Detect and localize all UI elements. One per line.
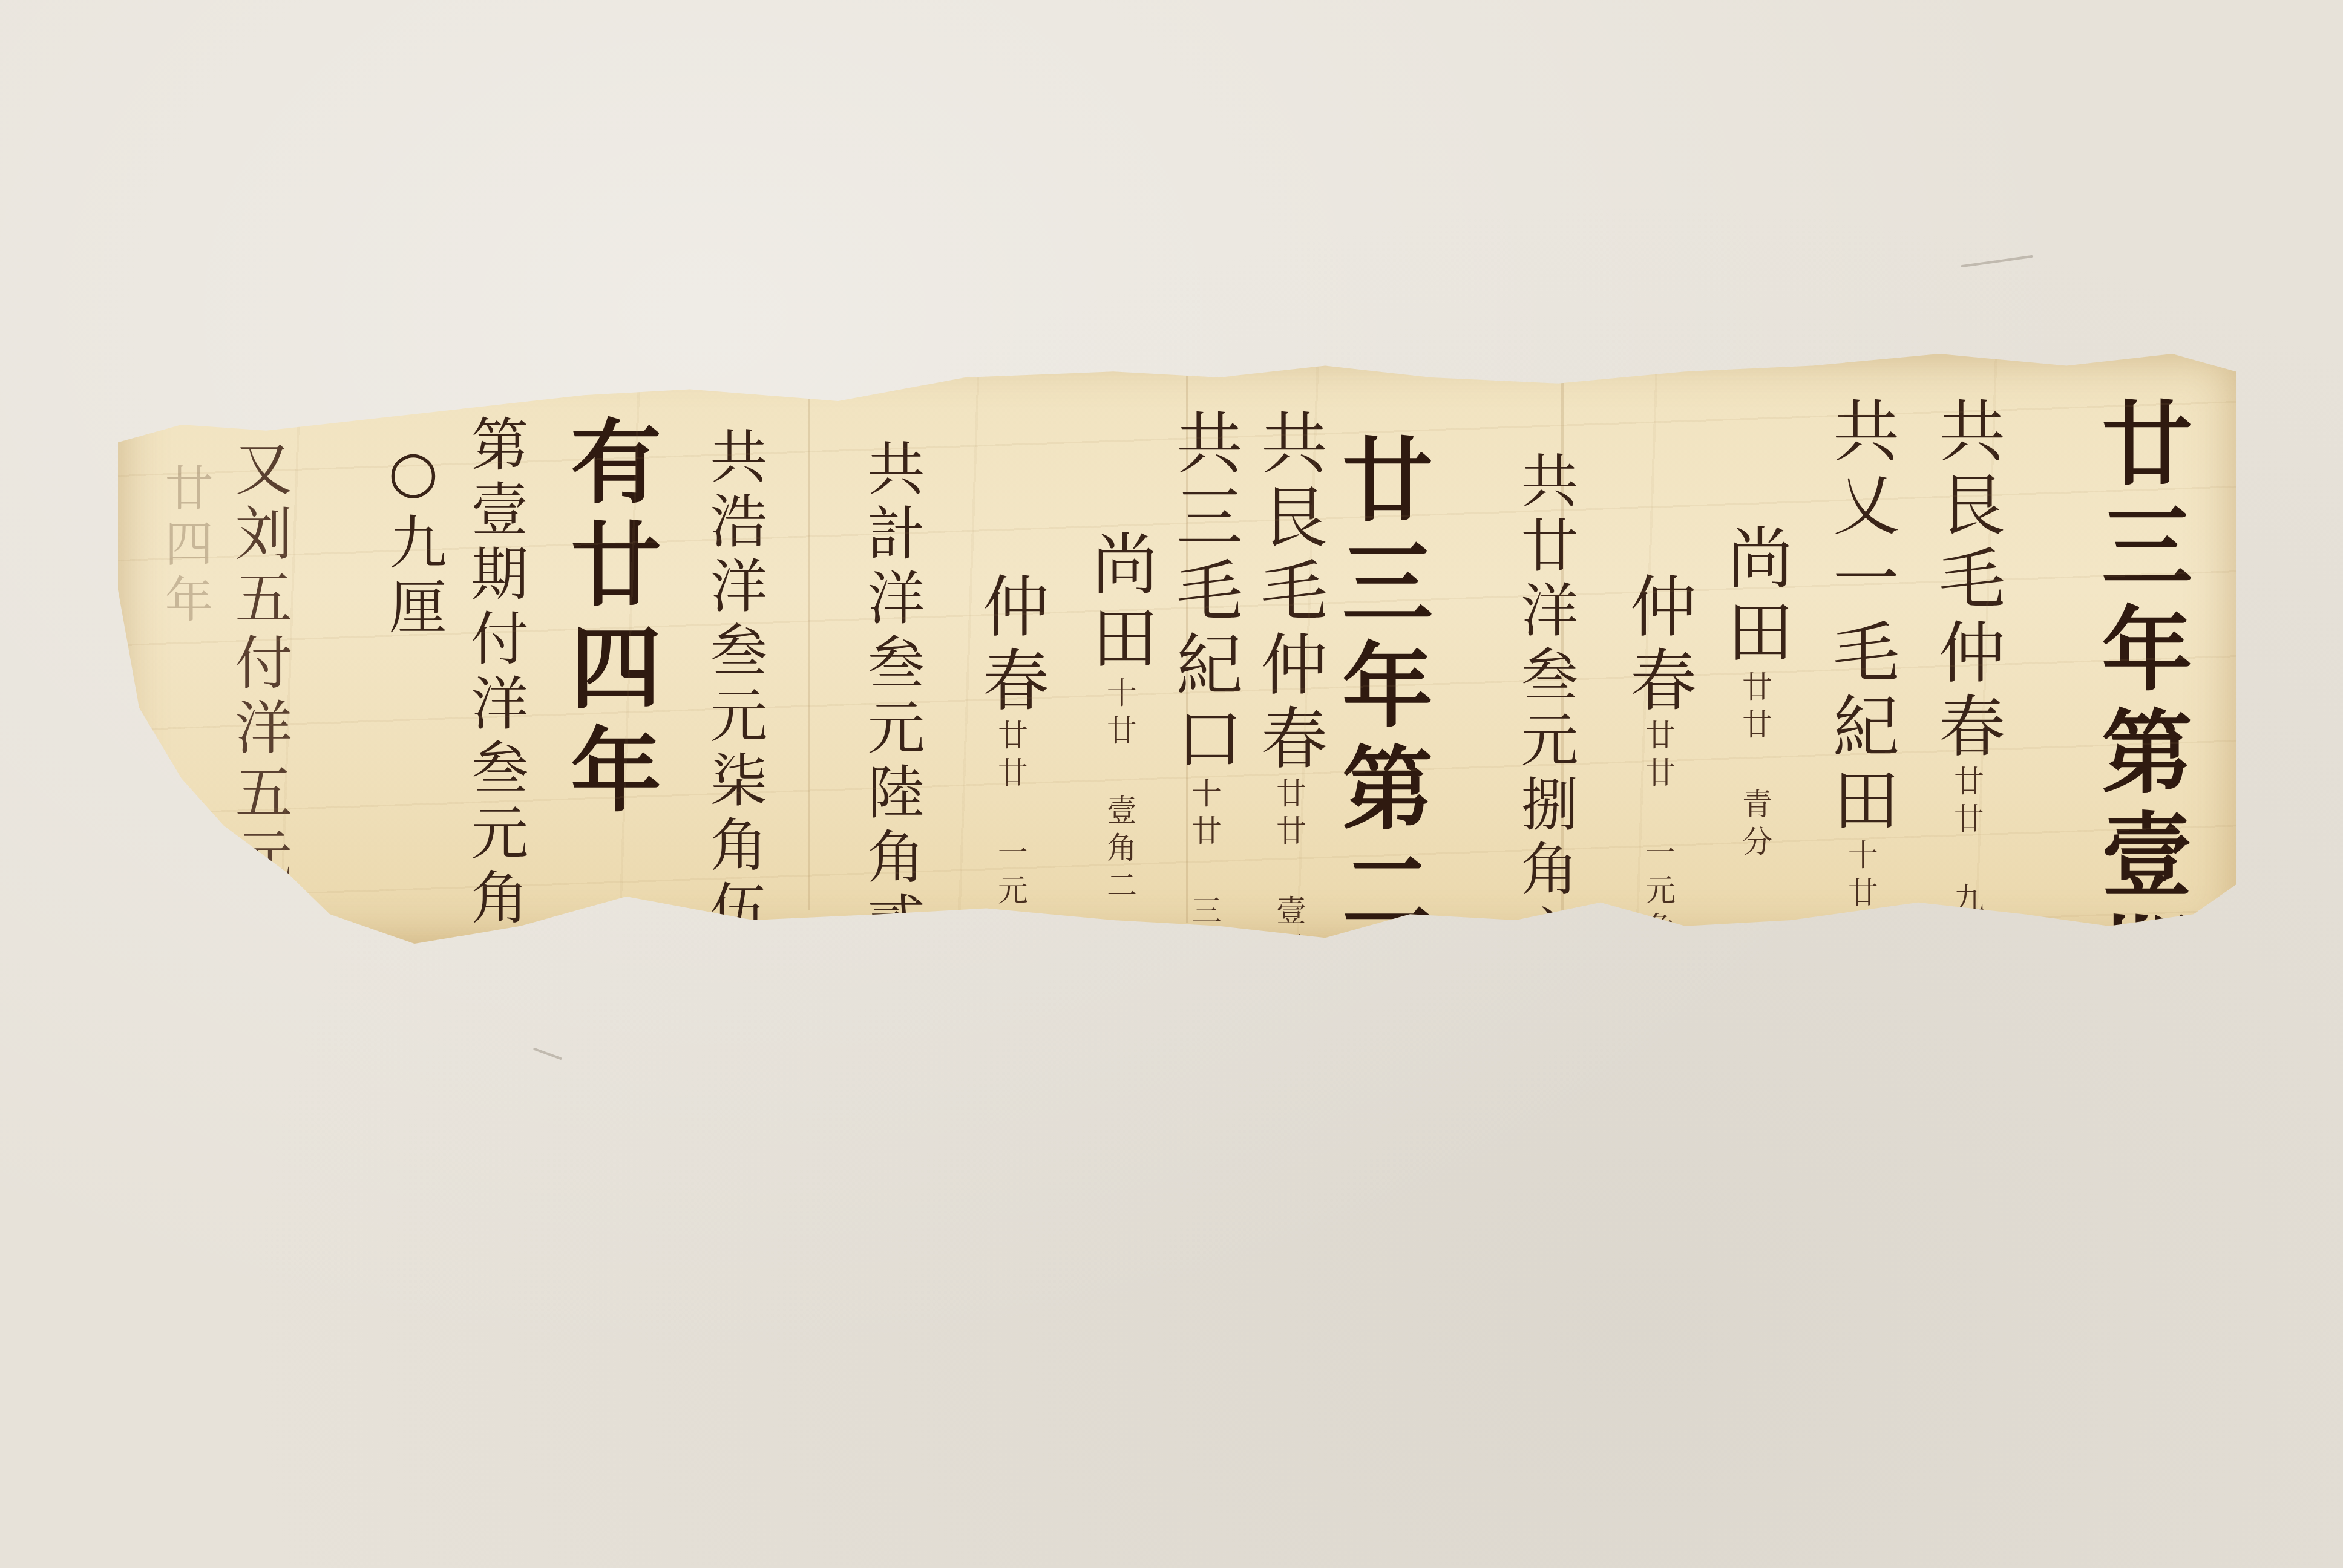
- column-entry: 共艮毛仲春廿廿 九分: [1933, 396, 2000, 958]
- column-payment: 又刘五付洋五元千: [230, 439, 287, 956]
- backing-fiber-mark: [533, 1048, 562, 1060]
- entry-amount-note: 廿廿 九分: [1949, 765, 1984, 958]
- column-payment: 第壹期付洋叁元角: [466, 414, 523, 932]
- entry-amount-note: 十廿 青元: [1843, 839, 1878, 1031]
- column-faint-bleedthrough: 廿四年: [160, 463, 209, 630]
- entry-text: 共艮毛仲春: [1250, 408, 1328, 777]
- column-total: 共浩洋叁元柒角伍: [705, 426, 762, 944]
- column-entry: 尚田十廿 壹角二: [1086, 529, 1153, 907]
- column-entry: 仲春廿廿 一元陸角九: [977, 572, 1044, 1024]
- column-entry: 共乂一毛紀田十廿 青元: [1827, 396, 1894, 1031]
- fold-crease: [808, 378, 810, 910]
- column-total: 共計洋叁元陸角貳: [862, 439, 920, 956]
- column-entry: 仲春廿廿 一元角: [1625, 572, 1691, 949]
- column-entry: 共艮毛仲春廿廿 壹元壹角: [1256, 408, 1322, 1045]
- entry-text: 尚田: [1081, 529, 1158, 677]
- entry-amount-note: 廿廿 一元角: [1640, 719, 1676, 949]
- column-heading-year24: 有廿四年: [563, 414, 654, 826]
- entry-text: 尚田: [1716, 523, 1794, 671]
- entry-amount-note: 十廿 壹角二: [1102, 677, 1137, 907]
- backing-fiber-mark: [1961, 255, 2033, 268]
- entry-text: 仲春: [1619, 572, 1697, 719]
- manuscript-paper: 廿三年第壹期 共艮毛仲春廿廿 九分 共乂一毛紀田十廿 青元 尚田廿廿 青分 仲春…: [118, 354, 2236, 944]
- entry-text: 共乂一毛紀田: [1822, 396, 1899, 839]
- fold-crease: [1186, 366, 1188, 923]
- entry-amount-note: 廿廿 青分: [1737, 671, 1772, 863]
- entry-amount-note: 十廿 三: [1187, 777, 1222, 932]
- column-heading-year23-period1: 廿三年第壹期: [2094, 396, 2184, 1013]
- entry-text: 共三毛紀口: [1165, 408, 1243, 777]
- entry-text: 仲春: [972, 572, 1049, 719]
- entry-amount-note: 廿廿 壹元壹角: [1271, 777, 1306, 1045]
- column-payment-note: ○九厘: [384, 439, 442, 642]
- entry-text: 共艮毛仲春: [1928, 396, 2005, 765]
- entry-amount-note: 廿廿 一元陸角九: [993, 719, 1028, 1024]
- column-heading-year23-period2: 廿三年第二期: [1334, 433, 1425, 1050]
- column-total: 共廿洋叁元捌角六文: [1516, 451, 1573, 1033]
- column-entry: 共三毛紀口十廿 三: [1171, 408, 1237, 932]
- fold-crease: [1561, 366, 1564, 923]
- column-entry: 尚田廿廿 青分: [1722, 523, 1788, 863]
